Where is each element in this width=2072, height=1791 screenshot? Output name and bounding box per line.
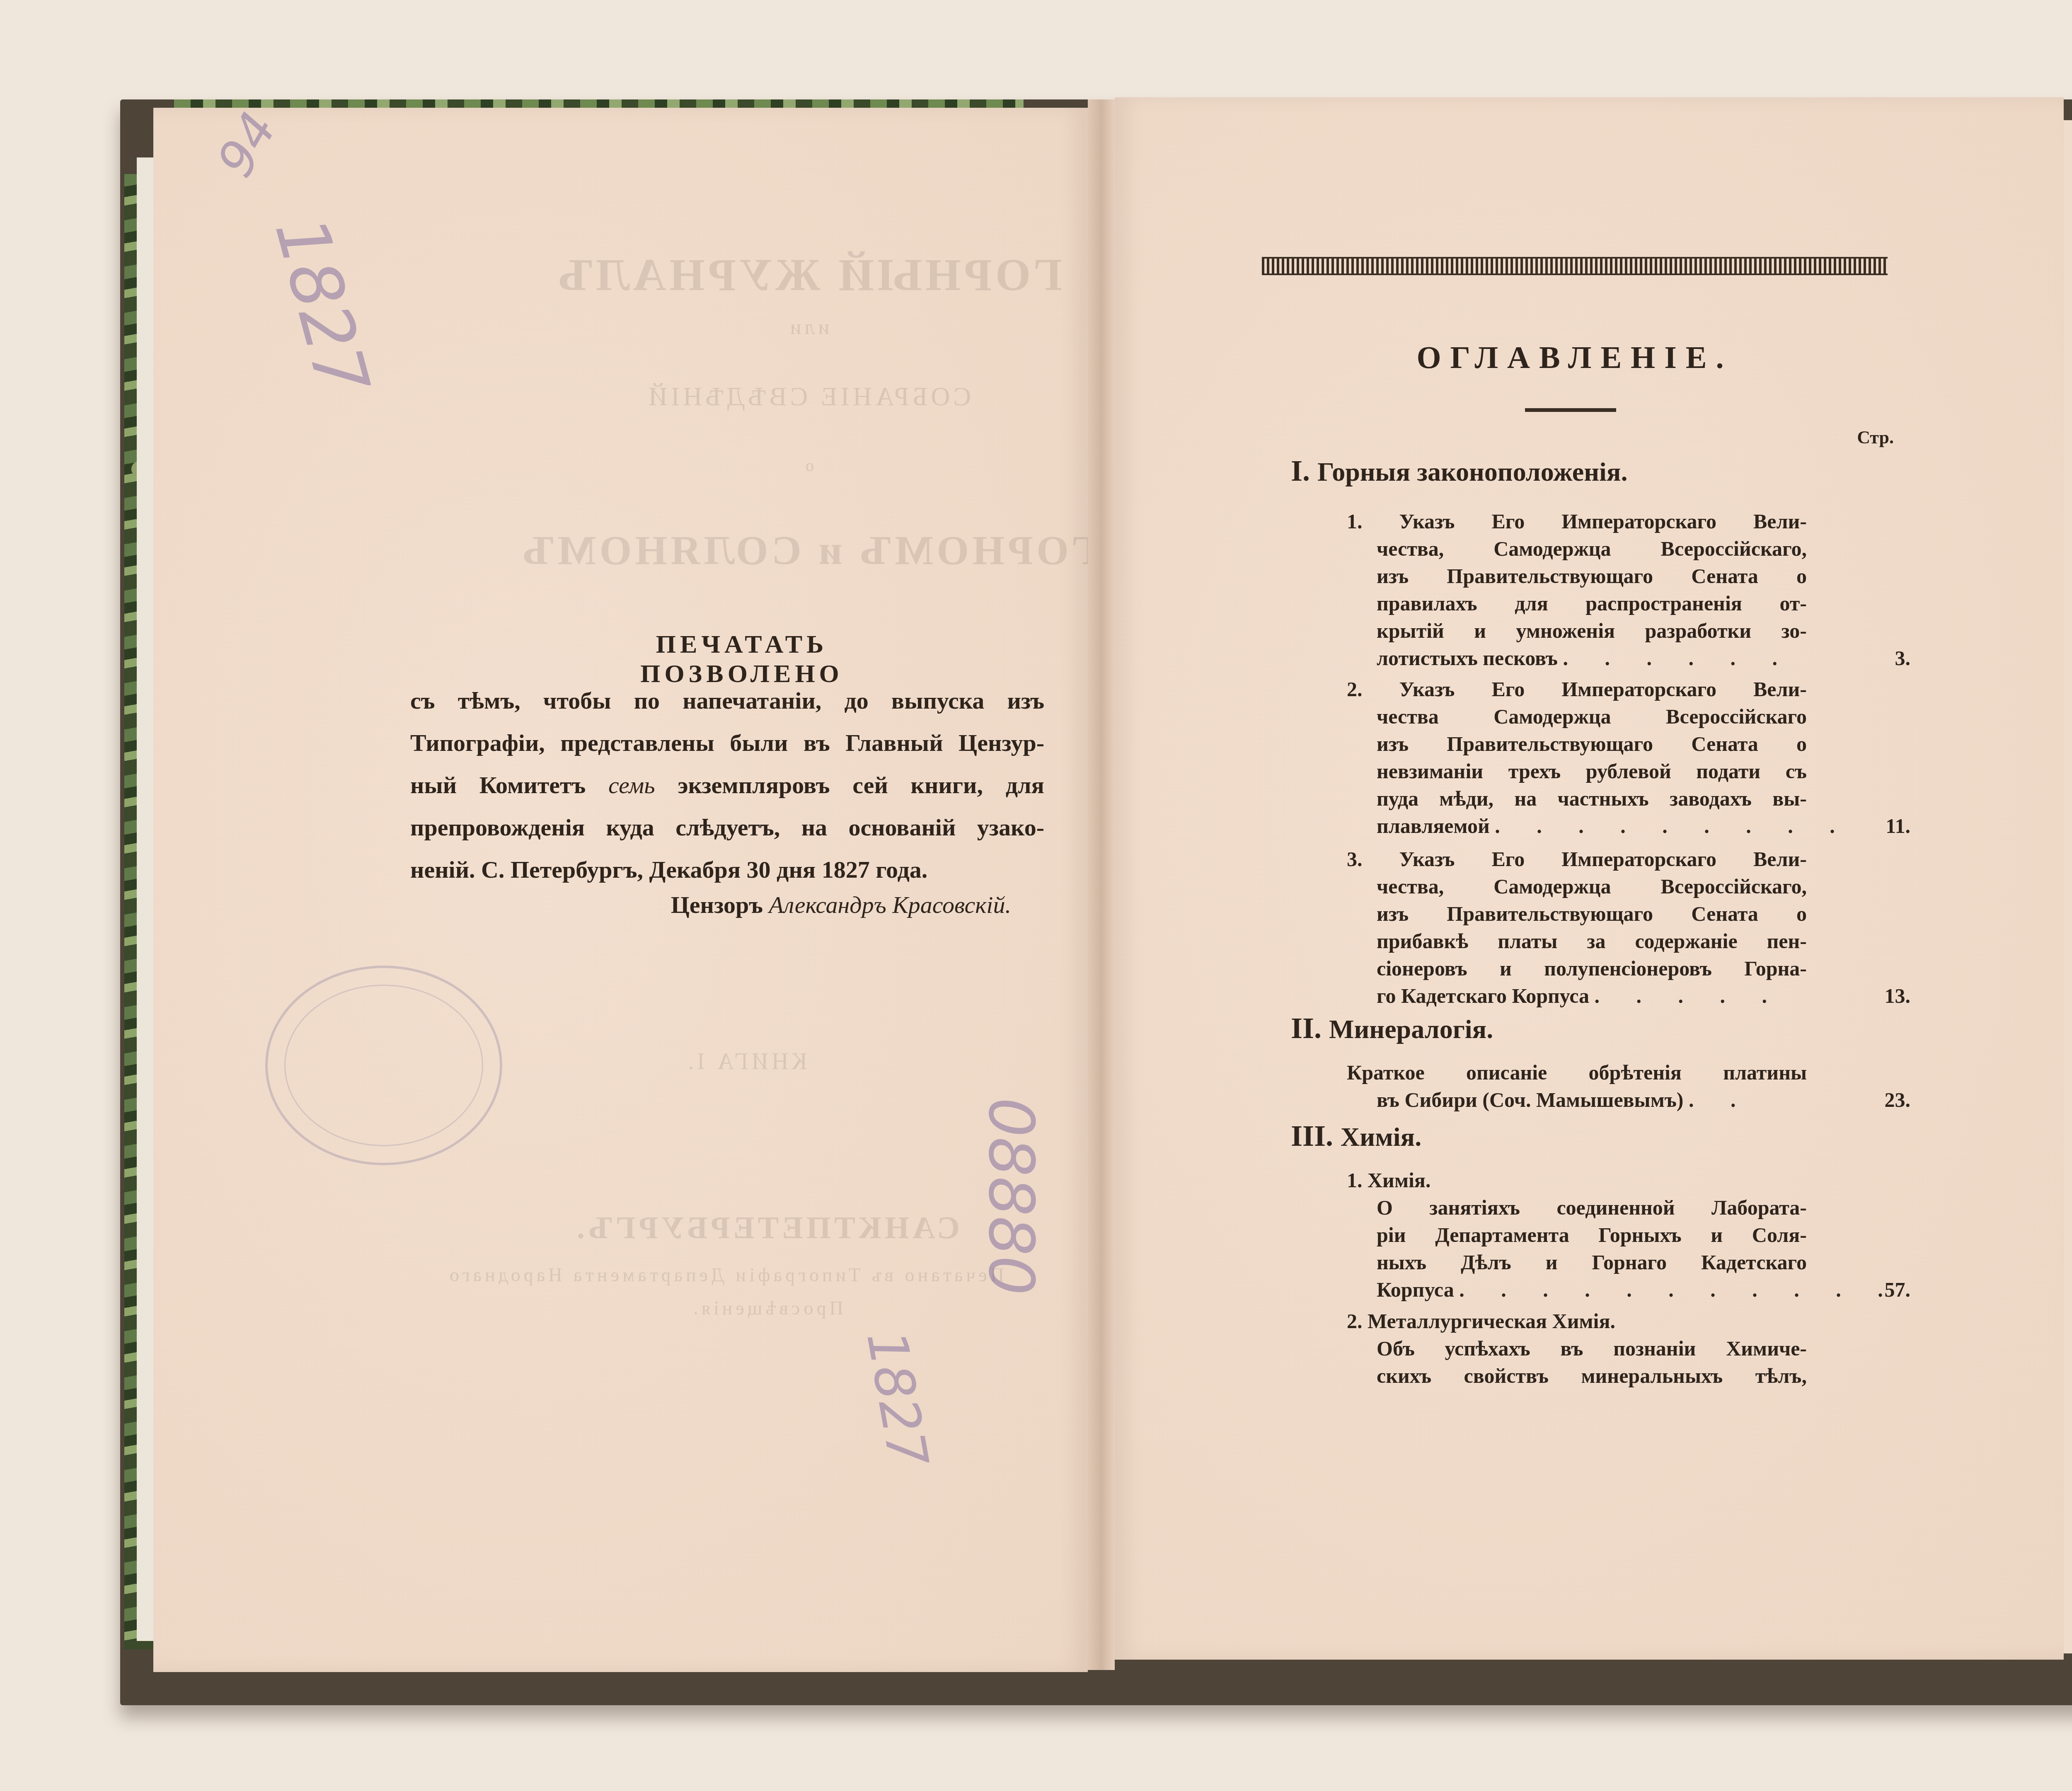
- entry-text: Краткое описаніе обрѣтенія платины въ Си…: [1347, 1059, 1807, 1113]
- entry-line: ріи Департамента Горныхъ и Соля-: [1347, 1221, 1807, 1249]
- entry-line-text: Указъ Его Императорскаго Вели-: [1399, 847, 1807, 871]
- entry-number: 3.: [1347, 847, 1363, 871]
- toc-entry[interactable]: 3. Указъ Его Императорскаго Вели- чества…: [1347, 845, 1910, 1011]
- show-through-line: Просвѣщенія.: [497, 1297, 1036, 1319]
- entry-number: 2.: [1347, 1309, 1363, 1333]
- entry-line: въ Сибири (Соч. Мамышевымъ) . .: [1347, 1086, 1807, 1113]
- entry-line: невзиманіи трехъ рублевой подати съ: [1347, 758, 1807, 785]
- entry-line: О занятіяхъ соединенной Лабората-: [1347, 1194, 1807, 1221]
- entry-heading: Химія.: [1368, 1169, 1431, 1192]
- toc-entry[interactable]: 2. Указъ Его Императорскаго Вели- чества…: [1347, 675, 1910, 841]
- flyleaf-edge: [137, 157, 155, 1641]
- entry-line: скихъ свойствъ минеральныхъ тѣлъ,: [1347, 1362, 1807, 1389]
- entry-line-text: въ Сибири (Соч. Мамышевымъ): [1377, 1088, 1684, 1111]
- entry-page-number: 57.: [1861, 1276, 1910, 1303]
- entry-line: 2. Металлургическая Химія.: [1347, 1307, 1807, 1335]
- entry-line: Объ успѣхахъ въ познаніи Химиче-: [1347, 1335, 1807, 1362]
- dot-leader: . . . . . .: [1563, 646, 1793, 670]
- library-stamp-inner-ring: [284, 985, 483, 1146]
- toc-entry[interactable]: 1. Указъ Его Императорскаго Вели- чества…: [1347, 508, 1910, 673]
- ornamental-border: [1262, 257, 1888, 275]
- entry-line: сіонеровъ и полупенсіонеровъ Горна-: [1347, 955, 1807, 982]
- entry-page-number: 11.: [1861, 812, 1910, 840]
- show-through-line: ГОРНОМЪ и СОЛЯНОМЪ: [497, 526, 1119, 574]
- title-rule: [1525, 408, 1616, 412]
- entry-text: 2. Указъ Его Императорскаго Вели- чества…: [1347, 675, 1807, 840]
- library-stamp: [265, 966, 502, 1165]
- imprimatur-line: съ тѣмъ, чтобы по напечатаніи, до выпуск…: [410, 680, 1044, 722]
- dot-leader: . . . . .: [1595, 984, 1783, 1007]
- imprimatur-italic-count: семь: [608, 772, 655, 799]
- entry-line-text: Корпуса: [1377, 1278, 1454, 1301]
- imprimatur-line: ненiй. С. Петербургъ, Декабря 30 дня 182…: [410, 849, 1044, 891]
- entry-page-number: 3.: [1861, 644, 1910, 672]
- toc-entry[interactable]: 1. Химія. О занятіяхъ соединенной Лабора…: [1347, 1167, 1910, 1307]
- dot-leader: . .: [1689, 1088, 1752, 1111]
- entry-line: изъ Правительствующаго Сената о: [1347, 730, 1807, 758]
- show-through-line: Печатано въ Типографіи Департамента Наро…: [373, 1264, 1077, 1286]
- pencil-mark: 08880: [975, 1097, 1047, 1295]
- entry-text: 1. Химія. О занятіяхъ соединенной Лабора…: [1347, 1167, 1807, 1303]
- show-through-line: о: [518, 456, 1098, 475]
- entry-line: чества, Самодержца Всероссійскаго,: [1347, 535, 1807, 562]
- entry-number: 1.: [1347, 1169, 1363, 1192]
- entry-page-number: 13.: [1861, 982, 1910, 1009]
- censor-name: Александръ Красовскій.: [769, 891, 1011, 918]
- entry-line-text: го Кадетскаго Корпуса: [1377, 984, 1589, 1007]
- section-numeral: III.: [1291, 1119, 1333, 1152]
- entry-line-text: лотистыхъ песковъ: [1377, 646, 1558, 670]
- entry-line: прибавкѣ платы за содержаніе пен-: [1347, 927, 1807, 955]
- section-numeral: I.: [1291, 454, 1310, 487]
- imprimatur-body: съ тѣмъ, чтобы по напечатаніи, до выпуск…: [410, 680, 1044, 891]
- entry-number: 1.: [1347, 510, 1363, 533]
- entry-line: го Кадетскаго Корпуса . . . . .: [1347, 982, 1807, 1009]
- show-through-line: или: [518, 315, 1098, 339]
- censor-signature: Цензоръ Александръ Красовскій.: [613, 891, 1011, 919]
- entry-line: Краткое описаніе обрѣтенія платины: [1347, 1059, 1807, 1086]
- section-label: Горныя законоположенія.: [1317, 457, 1627, 486]
- entry-line-text: плавляемой: [1377, 814, 1490, 837]
- imprimatur-line: ный Комитетъ семь экземпляровъ сей книги…: [410, 764, 1044, 806]
- dot-leader: . . . . . . . . . . .: [1459, 1278, 1899, 1301]
- entry-line: Корпуса . . . . . . . . . . .: [1347, 1276, 1807, 1303]
- entry-line: чества, Самодержца Всероссійскаго,: [1347, 873, 1807, 900]
- entry-line: пуда мѣди, на частныхъ заводахъ вы-: [1347, 785, 1807, 812]
- entry-number: 2.: [1347, 678, 1363, 701]
- entry-line: 1. Химія.: [1347, 1167, 1807, 1194]
- entry-line-text: Указъ Его Императорскаго Вели-: [1399, 510, 1807, 533]
- entry-line: правилахъ для распространенія от-: [1347, 590, 1807, 617]
- entry-line: плавляемой . . . . . . . . .: [1347, 812, 1807, 840]
- entry-heading: Металлургическая Химія.: [1368, 1309, 1615, 1333]
- entry-line: 3. Указъ Его Императорскаго Вели-: [1347, 845, 1807, 873]
- censor-label: Цензоръ: [671, 891, 763, 918]
- entry-line-text: Указъ Его Императорскаго Вели-: [1399, 678, 1807, 701]
- imprimatur-line: Типографіи, представлены были въ Главный…: [410, 722, 1044, 764]
- dot-leader: . . . . . . . . .: [1495, 814, 1851, 837]
- toc-title: ОГЛАВЛЕНІЕ.: [1368, 340, 1782, 376]
- entry-line: лотистыхъ песковъ . . . . . .: [1347, 644, 1807, 672]
- toc-section-3: III.Химія.: [1291, 1119, 1421, 1153]
- section-label: Химія.: [1341, 1122, 1421, 1152]
- entry-line: ныхъ Дѣлъ и Горнаго Кадетскаго: [1347, 1249, 1807, 1276]
- entry-line: изъ Правительствующаго Сената о: [1347, 562, 1807, 590]
- section-label: Минералогія.: [1329, 1014, 1493, 1044]
- show-through-line: КНИГА I.: [518, 1048, 974, 1075]
- show-through-line: ГОРНЫЙ ЖУРНАЛЪ: [518, 249, 1098, 301]
- imprimatur-line: препровожденія куда слѣдуетъ, на основан…: [410, 806, 1044, 849]
- entry-line: 2. Указъ Его Императорскаго Вели-: [1347, 675, 1807, 703]
- imprimatur-text: экземпляровъ сей книги, для: [655, 772, 1044, 799]
- page-column-header: Стр.: [1823, 427, 1894, 448]
- entry-text: 2. Металлургическая Химія. Объ успѣхахъ …: [1347, 1307, 1807, 1389]
- imprimatur-text: ный Комитетъ: [410, 772, 608, 799]
- section-numeral: II.: [1291, 1012, 1322, 1045]
- entry-line: 1. Указъ Его Императорскаго Вели-: [1347, 508, 1807, 535]
- toc-section-2: II.Минералогія.: [1291, 1011, 1493, 1046]
- entry-text: 1. Указъ Его Императорскаго Вели- чества…: [1347, 508, 1807, 672]
- toc-entry[interactable]: Краткое описаніе обрѣтенія платины въ Си…: [1347, 1059, 1910, 1117]
- entry-text: 3. Указъ Его Императорскаго Вели- чества…: [1347, 845, 1807, 1009]
- show-through-line: САНКТПЕТЕРБУРГЪ.: [477, 1210, 1057, 1246]
- entry-line: крытій и умноженія разработки зо-: [1347, 617, 1807, 644]
- entry-page-number: 23.: [1861, 1086, 1910, 1113]
- entry-line: изъ Правительствующаго Сената о: [1347, 900, 1807, 927]
- entry-line: чества Самодержца Всероссійскаго: [1347, 703, 1807, 730]
- show-through-line: СОБРАНІЕ СВѢДѢНІЙ: [518, 381, 1098, 412]
- toc-entry[interactable]: 2. Металлургическая Химія. Объ успѣхахъ …: [1347, 1307, 1910, 1399]
- book-gutter: [1088, 99, 1115, 1670]
- toc-section-1: I.Горныя законоположенія.: [1291, 454, 1627, 488]
